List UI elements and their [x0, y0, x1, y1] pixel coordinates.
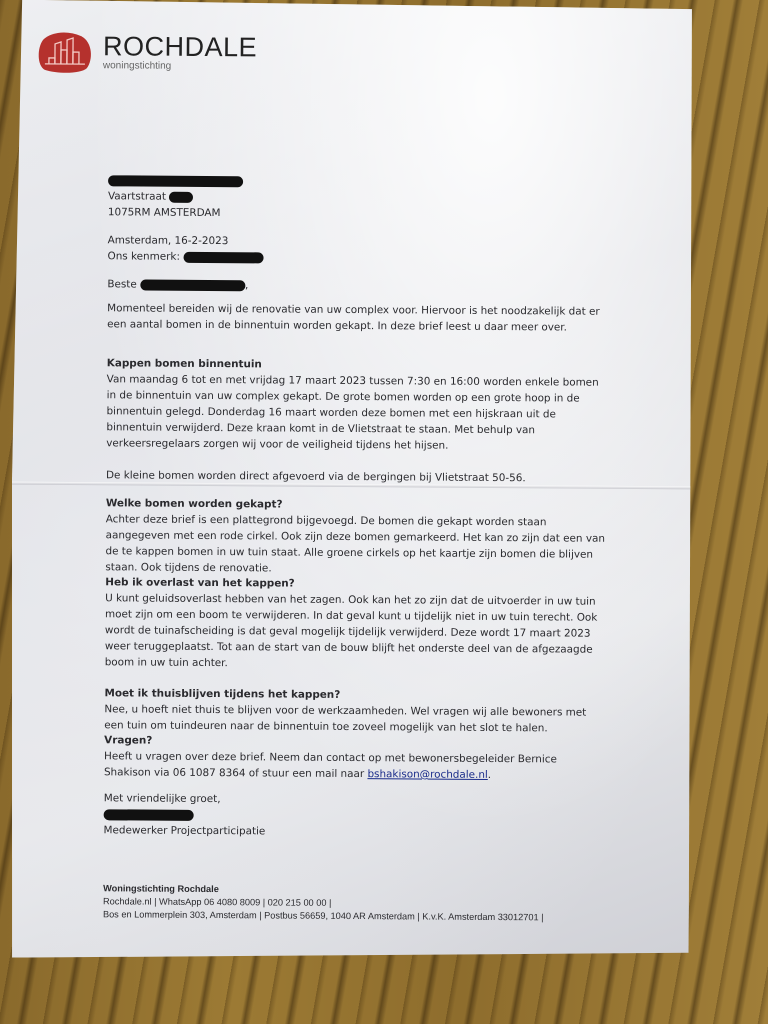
address-street: Vaartstraat — [108, 190, 166, 202]
footer-line2: Bos en Lommerplein 303, Amsterdam | Post… — [103, 908, 663, 925]
building-logo-icon — [37, 30, 93, 74]
redacted-house-number — [169, 191, 193, 202]
section-thuisblijven: Moet ik thuisblijven tijdens het kappen?… — [104, 685, 604, 736]
salutation-text: Beste — [107, 278, 136, 290]
redacted-signature — [104, 809, 194, 821]
letter-meta: Amsterdam, 16-2-2023 Ons kenmerk: — [108, 232, 608, 267]
letter-footer: Woningstichting Rochdale Rochdale.nl | W… — [103, 882, 663, 925]
redacted-recipient — [140, 279, 245, 291]
intro-paragraph: Momenteel bereiden wij de renovatie van … — [107, 300, 607, 335]
recipient-address: Vaartstraat 1075RM AMSTERDAM — [108, 172, 608, 223]
letter-paper: ROCHDALE woningstichting Vaartstraat 107… — [9, 0, 696, 962]
section-body: U kunt geluidsoverlast hebben van het za… — [105, 590, 606, 673]
section-body: Achter deze brief is een plattegrond bij… — [105, 511, 605, 578]
section-overlast: Heb ik overlast van het kappen? U kunt g… — [105, 574, 606, 673]
salutation: Beste , — [107, 276, 607, 295]
email-link[interactable]: bshakison@rochdale.nl — [367, 768, 487, 781]
rochdale-logo: ROCHDALE woningstichting — [37, 30, 257, 76]
reference-label: Ons kenmerk: — [108, 250, 181, 263]
logo-subtitle: woningstichting — [103, 61, 257, 72]
section-body: Van maandag 6 tot en met vrijdag 17 maar… — [106, 371, 607, 454]
punctuation: . — [488, 769, 491, 781]
redacted-reference — [183, 251, 263, 263]
section-kappen-bomen: Kappen bomen binnentuin Van maandag 6 to… — [106, 355, 607, 486]
closing: Met vriendelijke groet, Medewerker Proje… — [103, 790, 603, 841]
redacted-name — [108, 175, 243, 187]
closing-role: Medewerker Projectparticipatie — [103, 822, 603, 841]
logo-name: ROCHDALE — [103, 33, 257, 61]
section-body: Nee, u hoeft niet thuis te blijven voor … — [104, 701, 604, 736]
intro-text: Momenteel bereiden wij de renovatie van … — [107, 300, 607, 335]
section-welke-bomen: Welke bomen worden gekapt? Achter deze b… — [105, 495, 606, 578]
address-postal-city: 1075RM AMSTERDAM — [108, 204, 608, 223]
section-vragen: Vragen? Heeft u vragen over deze brief. … — [104, 732, 604, 783]
